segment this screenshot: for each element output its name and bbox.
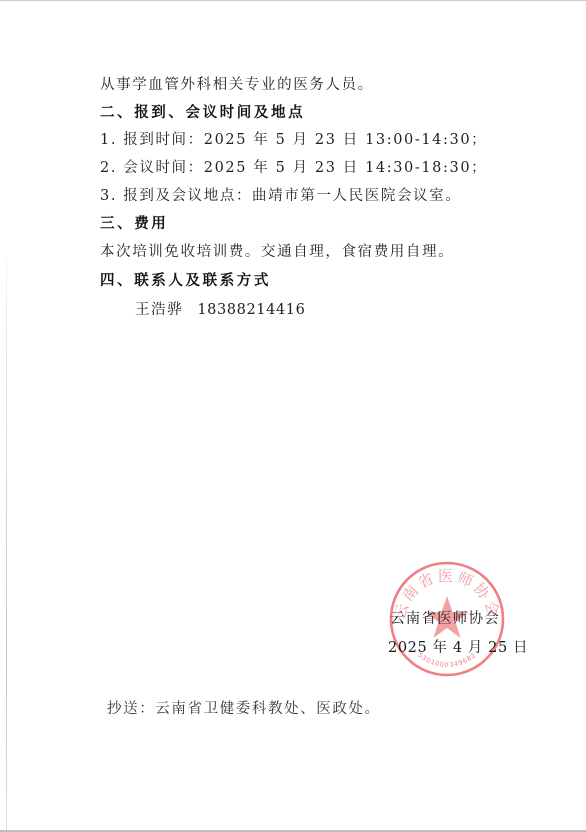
- scan-left-edge: [6, 260, 7, 830]
- paragraph-eligibility: 从事学血管外科相关专业的医务人员。: [100, 75, 374, 95]
- contact-phone: 18388214416: [197, 302, 305, 318]
- section-heading-time-place: 二、报到、会议时间及地点: [100, 103, 305, 123]
- paragraph-fees: 本次培训免收培训费。交通自理，食宿费用自理。: [100, 242, 454, 262]
- contact-line: 王浩骅18388214416: [135, 300, 305, 320]
- item-venue: 3. 报到及会议地点：曲靖市第一人民医院会议室。: [100, 186, 461, 206]
- issuing-organization: 云南省医师协会: [390, 607, 500, 628]
- item-meeting-time: 2. 会议时间：2025 年 5 月 23 日 14:30-18:30；: [100, 158, 487, 178]
- section-heading-contact: 四、联系人及联系方式: [100, 271, 271, 291]
- contact-name: 王浩骅: [135, 302, 183, 318]
- issue-date: 2025 年 4 月 25 日: [388, 636, 528, 657]
- page-top-edge: [0, 0, 586, 1]
- item-registration-time: 1. 报到时间：2025 年 5 月 23 日 13:00-14:30；: [100, 130, 487, 150]
- section-heading-fees: 三、费用: [100, 214, 168, 234]
- cc-recipients: 抄送：云南省卫健委科教处、医政处。: [107, 697, 381, 718]
